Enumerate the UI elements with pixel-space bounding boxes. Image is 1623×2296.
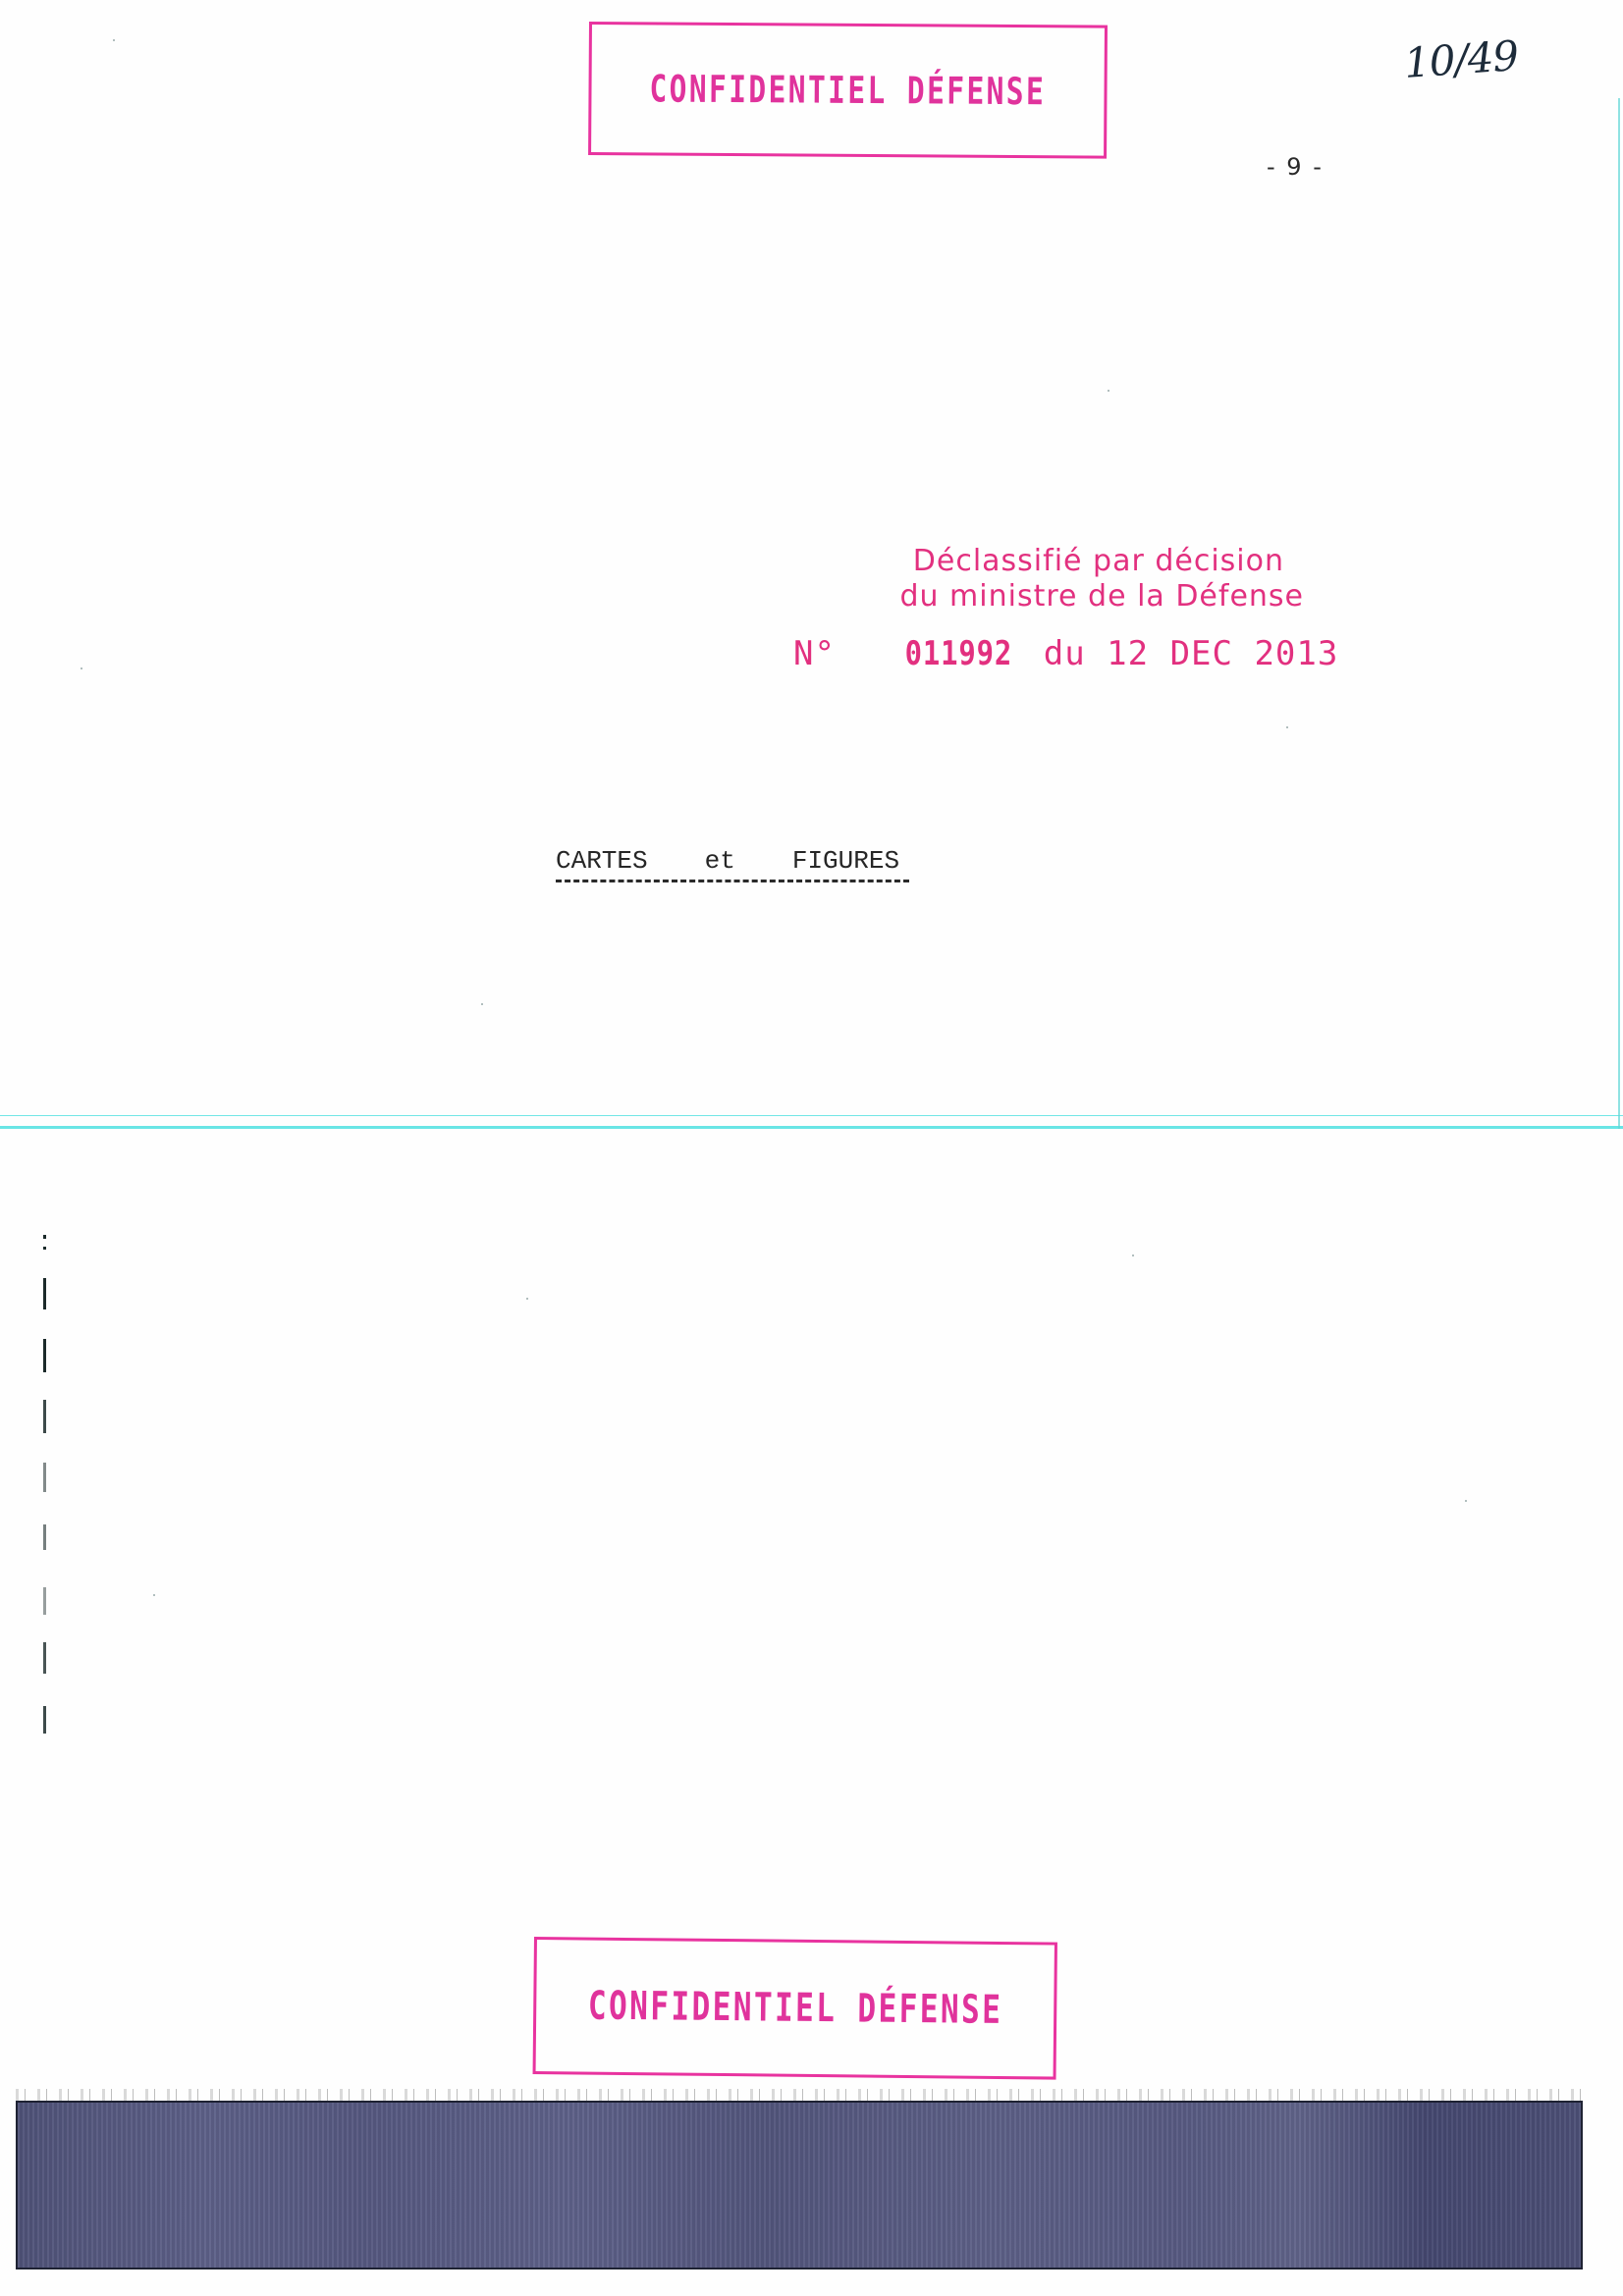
heading-word-cartes: CARTES bbox=[556, 846, 648, 876]
margin-mark bbox=[43, 1247, 46, 1250]
speck bbox=[526, 1298, 528, 1300]
margin-mark bbox=[43, 1706, 46, 1734]
margin-mark bbox=[43, 1339, 46, 1372]
page-edge-line bbox=[1618, 98, 1620, 1129]
margin-mark bbox=[43, 1235, 46, 1239]
classification-stamp-bottom: CONFIDENTIEL DÉFENSE bbox=[533, 1937, 1057, 2080]
declassification-line-2: du ministre de la Défense bbox=[805, 579, 1316, 614]
document-page: CONFIDENTIEL DÉFENSE 10/49 - 9 - Déclass… bbox=[0, 0, 1623, 2296]
margin-mark bbox=[43, 1278, 46, 1309]
speck bbox=[153, 1594, 155, 1596]
speck bbox=[1286, 726, 1288, 728]
declassification-stamp: Déclassifié par décision du ministre de … bbox=[805, 544, 1316, 614]
margin-mark bbox=[43, 1524, 46, 1550]
section-heading: CARTESetFIGURES bbox=[556, 846, 899, 876]
page-number: - 9 - bbox=[1267, 153, 1324, 181]
speck bbox=[81, 667, 82, 669]
declassification-line-1: Déclassifié par décision bbox=[805, 544, 1316, 579]
declassification-date: du 12 DEC 2013 bbox=[1044, 634, 1339, 673]
heading-underline bbox=[556, 880, 909, 882]
handwritten-page-reference: 10/49 bbox=[1402, 31, 1519, 87]
heading-word-figures: FIGURES bbox=[792, 846, 899, 876]
speck bbox=[1108, 390, 1109, 392]
declassification-number-line: N° 011992 du 12 DEC 2013 bbox=[793, 634, 1338, 673]
classification-stamp-bottom-text: CONFIDENTIEL DÉFENSE bbox=[587, 1984, 1002, 2033]
fold-line bbox=[0, 1126, 1623, 1129]
classification-stamp-top: CONFIDENTIEL DÉFENSE bbox=[588, 22, 1108, 159]
speck bbox=[1465, 1500, 1467, 1502]
classification-stamp-top-text: CONFIDENTIEL DÉFENSE bbox=[650, 67, 1047, 113]
declassification-number-prefix: N° bbox=[793, 634, 836, 673]
speck bbox=[1132, 1255, 1134, 1256]
speck bbox=[113, 39, 115, 41]
margin-mark bbox=[43, 1642, 46, 1674]
speck bbox=[481, 1003, 483, 1005]
margin-mark bbox=[43, 1463, 46, 1492]
declassification-number: 011992 bbox=[905, 634, 1013, 673]
scan-dark-band bbox=[16, 2101, 1583, 2269]
margin-mark bbox=[43, 1400, 46, 1433]
heading-word-et: et bbox=[705, 846, 735, 876]
margin-mark bbox=[43, 1587, 46, 1615]
fold-line bbox=[0, 1115, 1623, 1116]
